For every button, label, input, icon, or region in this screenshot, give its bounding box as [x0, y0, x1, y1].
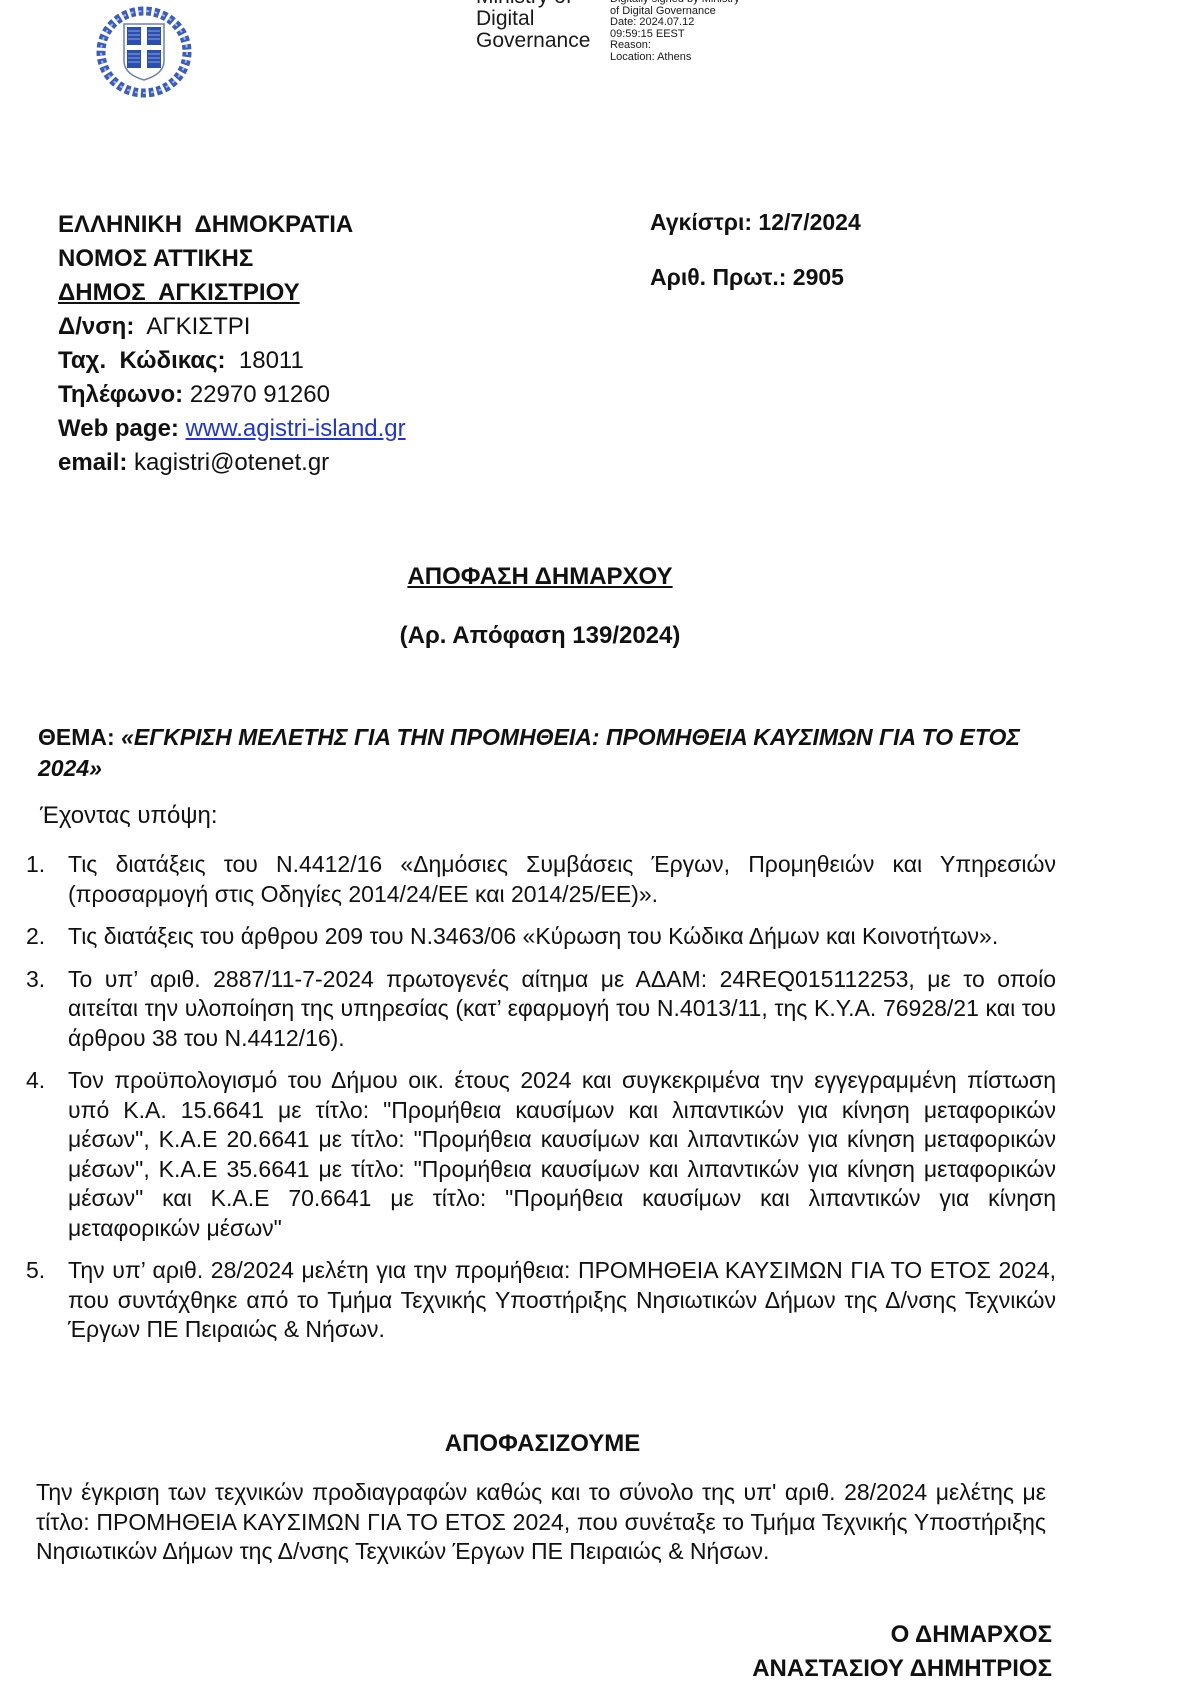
item-number: 2.	[26, 922, 68, 952]
issuer-line: Governance	[476, 30, 590, 52]
item-text: Τις διατάξεις του άρθρου 209 του Ν.3463/…	[68, 922, 1056, 952]
item-text: Την υπ’ αριθ. 28/2024 μελέτη για την προ…	[68, 1256, 1056, 1345]
item-text: Τον προϋπολογισμό του Δήμου οικ. έτους 2…	[68, 1066, 1056, 1243]
date-protocol-block: Αγκίστρι: 12/7/2024 Αριθ. Πρωτ.: 2905	[650, 208, 861, 318]
item-number: 1.	[26, 850, 68, 909]
digital-signature-details: Digitally signed by Ministry of Digital …	[610, 0, 740, 63]
web-label: Web page:	[58, 415, 179, 442]
phone-label: Τηλέφωνο:	[58, 381, 183, 408]
republic-heading: ΕΛΛΗΝΙΚΗ ΔΗΜΟΚΡΑΤΙΑ	[58, 208, 406, 242]
email-label: email:	[58, 449, 127, 476]
item-number: 5.	[26, 1256, 68, 1345]
address-row: Δ/νση: ΑΓΚΙΣΤΡΙ	[58, 310, 406, 344]
subject-text: «ΕΓΚΡΙΣΗ ΜΕΛΕΤΗΣ ΓΙΑ ΤΗΝ ΠΡΟΜΗΘΕΙΑ: ΠΡΟΜ…	[38, 724, 1020, 781]
list-item: 4. Τον προϋπολογισμό του Δήμου οικ. έτου…	[26, 1066, 1056, 1243]
issuer-header: ΕΛΛΗΝΙΚΗ ΔΗΜΟΚΡΑΤΙΑ ΝΟΜΟΣ ΑΤΤΙΚΗΣ ΔΗΜΟΣ …	[58, 208, 406, 480]
we-decide-heading: ΑΠΟΦΑΣΙΖΟΥΜΕ	[0, 1430, 1085, 1458]
considerations-list: 1. Τις διατάξεις του Ν.4412/16 «Δημόσιες…	[26, 850, 1056, 1358]
signer-name: ΑΝΑΣΤΑΣΙΟΥ ΔΗΜΗΤΡΙΟΣ	[752, 1652, 1052, 1684]
postcode-value: 18011	[226, 347, 304, 374]
signature-detail-line: Date: 2024.07.12	[610, 17, 740, 29]
mayor-signature: Ο ΔΗΜΑΡΧΟΣ ΑΝΑΣΤΑΣΙΟΥ ΔΗΜΗΤΡΙΟΣ	[752, 1618, 1052, 1684]
email-value: kagistri@otenet.gr	[127, 449, 329, 476]
signer-title: Ο ΔΗΜΑΡΧΟΣ	[752, 1618, 1052, 1652]
municipality-heading: ΔΗΜΟΣ ΑΓΚΙΣΤΡΙΟΥ	[58, 276, 406, 310]
item-text: Τις διατάξεις του Ν.4412/16 «Δημόσιες Συ…	[68, 850, 1056, 909]
protocol-number: Αριθ. Πρωτ.: 2905	[650, 263, 861, 291]
greek-coat-of-arms-icon	[96, 6, 192, 98]
item-number: 3.	[26, 965, 68, 1054]
list-item: 2. Τις διατάξεις του άρθρου 209 του Ν.34…	[26, 922, 1056, 952]
email-row: email: kagistri@otenet.gr	[58, 446, 406, 480]
phone-value: 22970 91260	[183, 381, 330, 408]
list-item: 5. Την υπ’ αριθ. 28/2024 μελέτη για την …	[26, 1256, 1056, 1345]
item-number: 4.	[26, 1066, 68, 1243]
list-item: 1. Τις διατάξεις του Ν.4412/16 «Δημόσιες…	[26, 850, 1056, 909]
subject: ΘΕΜΑ: «ΕΓΚΡΙΣΗ ΜΕΛΕΤΗΣ ΓΙΑ ΤΗΝ ΠΡΟΜΗΘΕΙΑ…	[38, 722, 1058, 784]
phone-row: Τηλέφωνο: 22970 91260	[58, 378, 406, 412]
prefecture-heading: ΝΟΜΟΣ ΑΤΤΙΚΗΣ	[58, 242, 406, 276]
signature-detail-line: Reason:	[610, 40, 740, 52]
address-label: Δ/νση:	[58, 313, 134, 340]
signature-detail-line: Location: Athens	[610, 52, 740, 64]
website-link[interactable]: www.agistri-island.gr	[186, 415, 406, 442]
web-row: Web page: www.agistri-island.gr	[58, 412, 406, 446]
postcode-row: Ταχ. Κώδικας: 18011	[58, 344, 406, 378]
decision-body: Την έγκριση των τεχνικών προδιαγραφών κα…	[36, 1478, 1046, 1567]
postcode-label: Ταχ. Κώδικας:	[58, 347, 226, 374]
item-text: Το υπ’ αριθ. 2887/11-7-2024 πρωτογενές α…	[68, 965, 1056, 1054]
address-value: ΑΓΚΙΣΤΡΙ	[134, 313, 250, 340]
list-item: 3. Το υπ’ αριθ. 2887/11-7-2024 πρωτογενέ…	[26, 965, 1056, 1054]
decision-number: (Αρ. Απόφαση 139/2024)	[0, 622, 1080, 650]
digital-signature-issuer: Ministry of Digital Governance	[476, 0, 590, 52]
place-date: Αγκίστρι: 12/7/2024	[650, 208, 861, 236]
decision-title: ΑΠΟΦΑΣΗ ΔΗΜΑΡΧΟΥ	[0, 563, 1080, 591]
issuer-line: Digital	[476, 8, 590, 30]
considering-heading: Έχοντας υπόψη:	[40, 802, 218, 830]
subject-label: ΘΕΜΑ:	[38, 724, 121, 750]
